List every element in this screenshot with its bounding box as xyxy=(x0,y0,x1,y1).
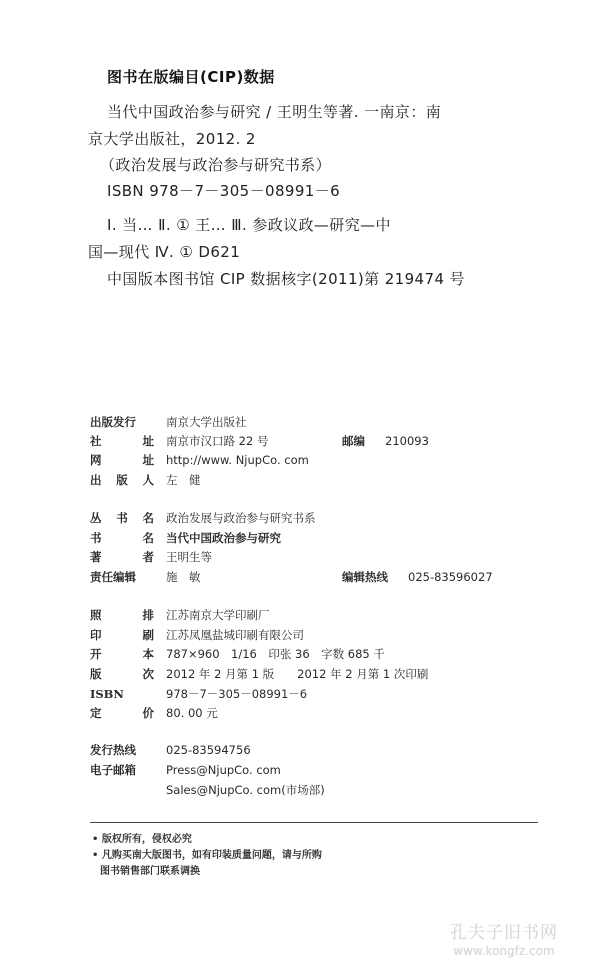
imprint-value: 2012 年 2 月第 1 版 2012 年 2 月第 1 次印刷 xyxy=(166,666,428,682)
editor-hotline-value: 025-83596027 xyxy=(408,570,493,584)
imprint-row-website: 网 址 http://www. NjupCo. com xyxy=(90,452,309,468)
imprint-label: 书 名 xyxy=(90,530,154,546)
imprint-row-edition: 版 次 2012 年 2 月第 1 版 2012 年 2 月第 1 次印刷 xyxy=(90,666,428,682)
imprint-row-format: 开 本 787×960 1/16 印张 36 字数 685 千 xyxy=(90,646,385,662)
imprint-row-address: 社 址 南京市汉口路 22 号 邮编 210093 xyxy=(90,433,550,449)
imprint-label: 照 排 xyxy=(90,607,154,623)
imprint-row-book-title: 书 名 当代中国政治参与研究 xyxy=(90,530,281,546)
imprint-label: 定 价 xyxy=(90,705,154,721)
imprint-row-series: 丛 书 名 政治发展与政治参与研究书系 xyxy=(90,510,316,526)
imprint-label: 版 次 xyxy=(90,666,154,682)
cip-line-series: （政治发展与政治参与研究书系） xyxy=(100,154,331,175)
imprint-value: 江苏南京大学印刷厂 xyxy=(166,607,270,623)
imprint-value: 80. 00 元 xyxy=(166,705,218,721)
postcode-value: 210093 xyxy=(385,434,429,448)
cip-line-classification: Ⅰ. 当… Ⅱ. ① 王… Ⅲ. 参政议政—研究—中 xyxy=(107,214,391,235)
imprint-label: 责任编辑 xyxy=(90,569,154,585)
editor-hotline-label: 编辑热线 xyxy=(342,569,388,585)
imprint-row-publisher-person: 出 版 人 左 健 xyxy=(90,472,201,488)
imprint-row-publisher: 出版发行 南京大学出版社 xyxy=(90,414,247,430)
imprint-row-printing: 印 刷 江苏凤凰盐城印刷有限公司 xyxy=(90,627,304,643)
imprint-row-price: 定 价 80. 00 元 xyxy=(90,705,218,721)
imprint-value: 787×960 1/16 印张 36 字数 685 千 xyxy=(166,646,385,662)
imprint-value: 南京市汉口路 22 号 xyxy=(166,433,268,449)
cip-line-book-author: 当代中国政治参与研究 / 王明生等著. 一南京：南 xyxy=(107,101,441,122)
imprint-label: 出版发行 xyxy=(90,414,154,430)
imprint-row-author: 著 者 王明生等 xyxy=(90,549,212,565)
imprint-row-hotline: 发行热线 025-83594756 xyxy=(90,742,251,758)
imprint-label: ISBN xyxy=(90,687,154,701)
imprint-value: 左 健 xyxy=(166,472,201,488)
note-quality-cont: 图书销售部门联系调换 xyxy=(92,864,322,880)
imprint-value: 025-83594756 xyxy=(166,743,251,757)
imprint-value: 南京大学出版社 xyxy=(166,414,247,430)
cip-line-classification-cont: 国—现代 Ⅳ. ① D621 xyxy=(88,241,240,262)
imprint-label: 出 版 人 xyxy=(90,472,154,488)
imprint-label: 著 者 xyxy=(90,549,154,565)
imprint-value: 施 敏 xyxy=(166,569,201,585)
imprint-row-editor: 责任编辑 施 敏 编辑热线 025-83596027 xyxy=(90,569,550,585)
cip-line-catalog-number: 中国版本图书馆 CIP 数据核字(2011)第 219474 号 xyxy=(107,268,465,289)
imprint-value: 政治发展与政治参与研究书系 xyxy=(166,510,316,526)
imprint-value: 江苏凤凰盐城印刷有限公司 xyxy=(166,627,304,643)
email-link-sales[interactable]: Sales@NjupCo. com(市场部) xyxy=(166,782,325,798)
imprint-label: 开 本 xyxy=(90,646,154,662)
imprint-label: 丛 书 名 xyxy=(90,510,154,526)
imprint-value: 978－7－305－08991－6 xyxy=(166,686,307,702)
imprint-value: 当代中国政治参与研究 xyxy=(166,530,281,546)
imprint-label: 发行热线 xyxy=(90,742,154,758)
imprint-row-isbn: ISBN 978－7－305－08991－6 xyxy=(90,686,307,702)
note-copyright: • 版权所有，侵权必究 xyxy=(92,832,322,848)
watermark-url: www.kongfz.com xyxy=(450,944,558,958)
postcode-label: 邮编 xyxy=(342,433,365,449)
imprint-row-typesetting: 照 排 江苏南京大学印刷厂 xyxy=(90,607,270,623)
imprint-label: 电子邮箱 xyxy=(90,762,154,778)
imprint-label: 印 刷 xyxy=(90,627,154,643)
divider-line xyxy=(90,822,538,823)
watermark-text: 孔夫子旧书网 xyxy=(450,918,558,943)
cip-line-isbn: ISBN 978－7－305－08991－6 xyxy=(107,180,340,201)
copyright-page: 图书在版编目(CIP)数据 当代中国政治参与研究 / 王明生等著. 一南京：南 … xyxy=(0,0,600,976)
imprint-row-email-2: Sales@NjupCo. com(市场部) xyxy=(90,782,325,798)
imprint-label: 社 址 xyxy=(90,433,154,449)
imprint-row-email: 电子邮箱 Press@NjupCo. com xyxy=(90,762,281,778)
cip-title: 图书在版编目(CIP)数据 xyxy=(107,66,275,87)
copyright-notes: • 版权所有，侵权必究 • 凡购买南大版图书，如有印装质量问题，请与所购 图书销… xyxy=(92,832,322,880)
cip-line-publisher-date: 京大学出版社，2012. 2 xyxy=(88,128,256,149)
website-link[interactable]: http://www. NjupCo. com xyxy=(166,453,309,467)
imprint-label: 网 址 xyxy=(90,452,154,468)
email-link-press[interactable]: Press@NjupCo. com xyxy=(166,763,281,777)
watermark: 孔夫子旧书网 www.kongfz.com xyxy=(450,918,558,958)
note-quality: • 凡购买南大版图书，如有印装质量问题，请与所购 xyxy=(92,848,322,864)
imprint-value: 王明生等 xyxy=(166,549,212,565)
